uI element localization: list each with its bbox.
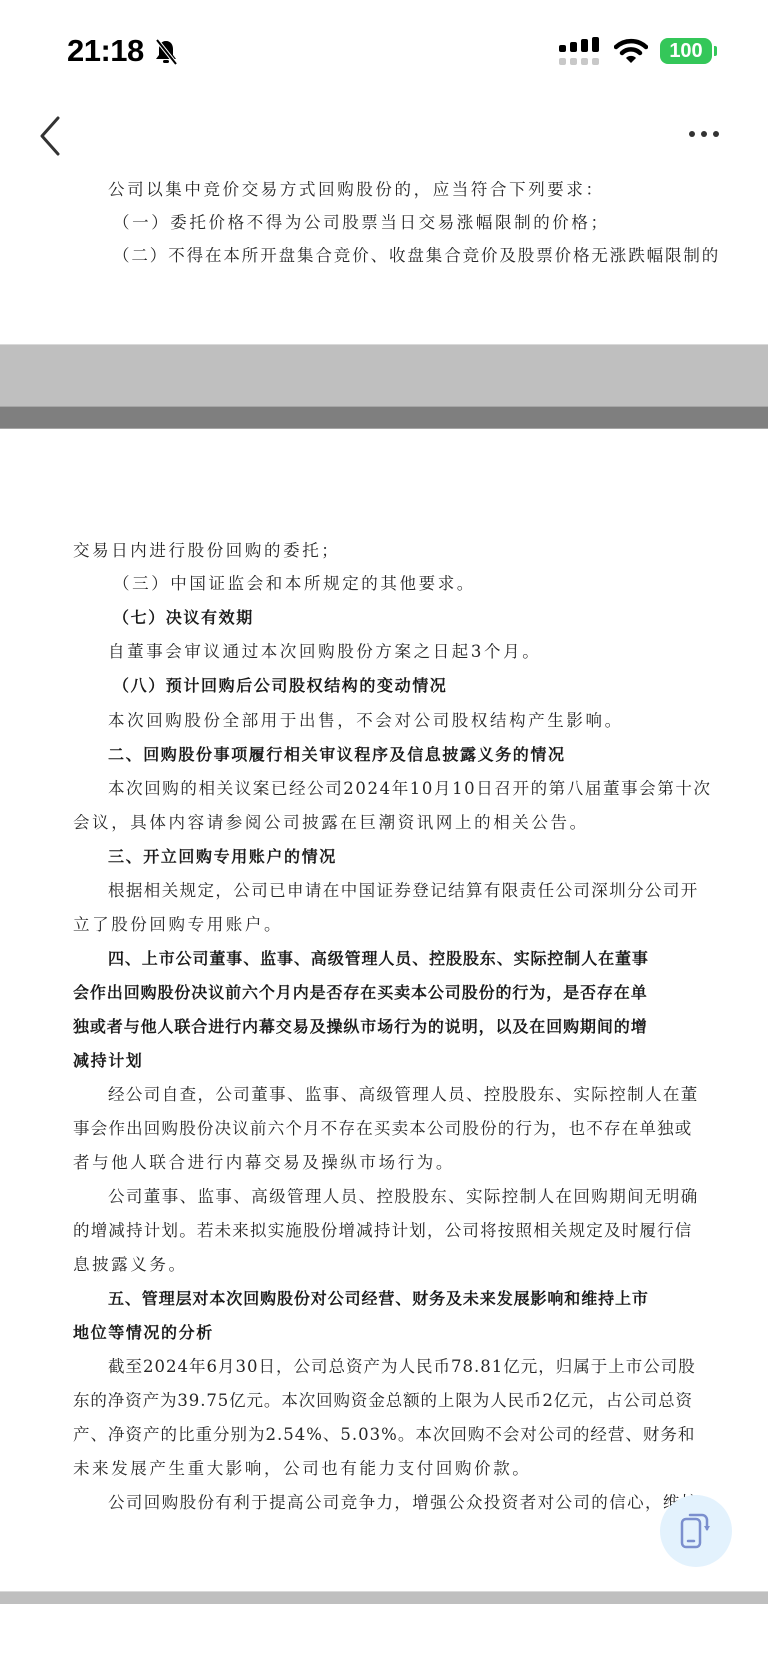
text-line: 立了股份回购专用账户。 xyxy=(73,915,283,935)
text-line: 东的净资产为39.75亿元。本次回购资金总额的上限为人民币2亿元，占公司总资 xyxy=(73,1391,693,1411)
page-separator xyxy=(0,1591,768,1604)
page-separator-shadow xyxy=(0,406,768,429)
section-heading: 地位等情况的分析 xyxy=(73,1323,214,1343)
text-line: 未来发展产生重大影响，公司也有能力支付回购价款。 xyxy=(73,1459,531,1479)
text-line: 公司董事、监事、高级管理人员、控股股东、实际控制人在回购期间无明确 xyxy=(108,1187,699,1207)
page-separator xyxy=(0,344,768,406)
section-heading: （七）决议有效期 xyxy=(113,608,254,628)
wifi-icon xyxy=(614,38,648,64)
text-line: 公司以集中竞价交易方式回购股份的，应当符合下列要求： xyxy=(108,180,605,200)
back-button[interactable] xyxy=(30,110,70,160)
section-heading: 三、开立回购专用账户的情况 xyxy=(108,847,337,867)
text-line: 本次回购股份全部用于出售，不会对公司股权结构产生影响。 xyxy=(108,711,624,731)
section-heading: 四、上市公司董事、监事、高级管理人员、控股股东、实际控制人在董事 xyxy=(108,949,649,969)
text-line: 经公司自查，公司董事、监事、高级管理人员、控股股东、实际控制人在董 xyxy=(108,1085,699,1105)
text-line: （一）委托价格不得为公司股票当日交易涨幅限制的价格； xyxy=(113,213,610,233)
section-heading: 独或者与他人联合进行内幕交易及操纵市场行为的说明，以及在回购期间的增 xyxy=(73,1017,648,1037)
text-line: 者与他人联合进行内幕交易及操纵市场行为。 xyxy=(73,1153,455,1173)
cellular-signal-icon xyxy=(559,37,601,67)
text-line: 根据相关规定，公司已申请在中国证券登记结算有限责任公司深圳分公司开 xyxy=(108,881,699,901)
text-line: 自董事会审议通过本次回购股份方案之日起3个月。 xyxy=(108,642,541,662)
text-line: 的增减持计划。若未来拟实施股份增减持计划，公司将按照相关规定及时履行信 xyxy=(73,1221,693,1241)
bell-slash-icon xyxy=(153,38,179,66)
text-line: 本次回购的相关议案已经公司2024年10月10日召开的第八届董事会第十次 xyxy=(108,779,712,799)
section-heading: （八）预计回购后公司股权结构的变动情况 xyxy=(113,676,447,696)
rotate-screen-icon xyxy=(678,1511,714,1551)
text-line: 截至2024年6月30日，公司总资产为人民币78.81亿元，归属于上市公司股 xyxy=(108,1357,696,1377)
section-heading: 会作出回购股份决议前六个月内是否存在买卖本公司股份的行为，是否存在单 xyxy=(73,983,648,1003)
ellipsis-icon xyxy=(684,122,724,146)
chevron-left-icon xyxy=(30,110,70,160)
battery-tip xyxy=(714,46,717,56)
text-line: 公司回购股份有利于提高公司竞争力，增强公众投资者对公司的信心，维护 xyxy=(108,1493,699,1513)
text-line: （二）不得在本所开盘集合竞价、收盘集合竞价及股票价格无涨跌幅限制的 xyxy=(113,246,720,266)
text-line: （三）中国证监会和本所规定的其他要求。 xyxy=(113,574,476,594)
section-heading: 减持计划 xyxy=(73,1051,143,1071)
section-heading: 二、回购股份事项履行相关审议程序及信息披露义务的情况 xyxy=(108,745,566,765)
nav-bar xyxy=(0,100,768,170)
text-line: 事会作出回购股份决议前六个月不存在买卖本公司股份的行为，也不存在单独或 xyxy=(73,1119,693,1139)
text-line: 产、净资产的比重分别为2.54%、5.03%。本次回购不会对公司的经营、财务和 xyxy=(73,1425,695,1445)
battery-indicator: 100 xyxy=(660,38,712,64)
more-options-button[interactable] xyxy=(684,122,724,146)
clock-time: 21:18 xyxy=(67,33,144,69)
rotate-screen-button[interactable] xyxy=(660,1495,732,1567)
text-line: 交易日内进行股份回购的委托； xyxy=(73,541,340,561)
section-heading: 五、管理层对本次回购股份对公司经营、财务及未来发展影响和维持上市 xyxy=(108,1289,649,1309)
text-line: 会议，具体内容请参阅公司披露在巨潮资讯网上的相关公告。 xyxy=(73,813,589,833)
text-line: 息披露义务。 xyxy=(73,1255,188,1275)
status-bar: 21:18 100 xyxy=(0,0,768,100)
